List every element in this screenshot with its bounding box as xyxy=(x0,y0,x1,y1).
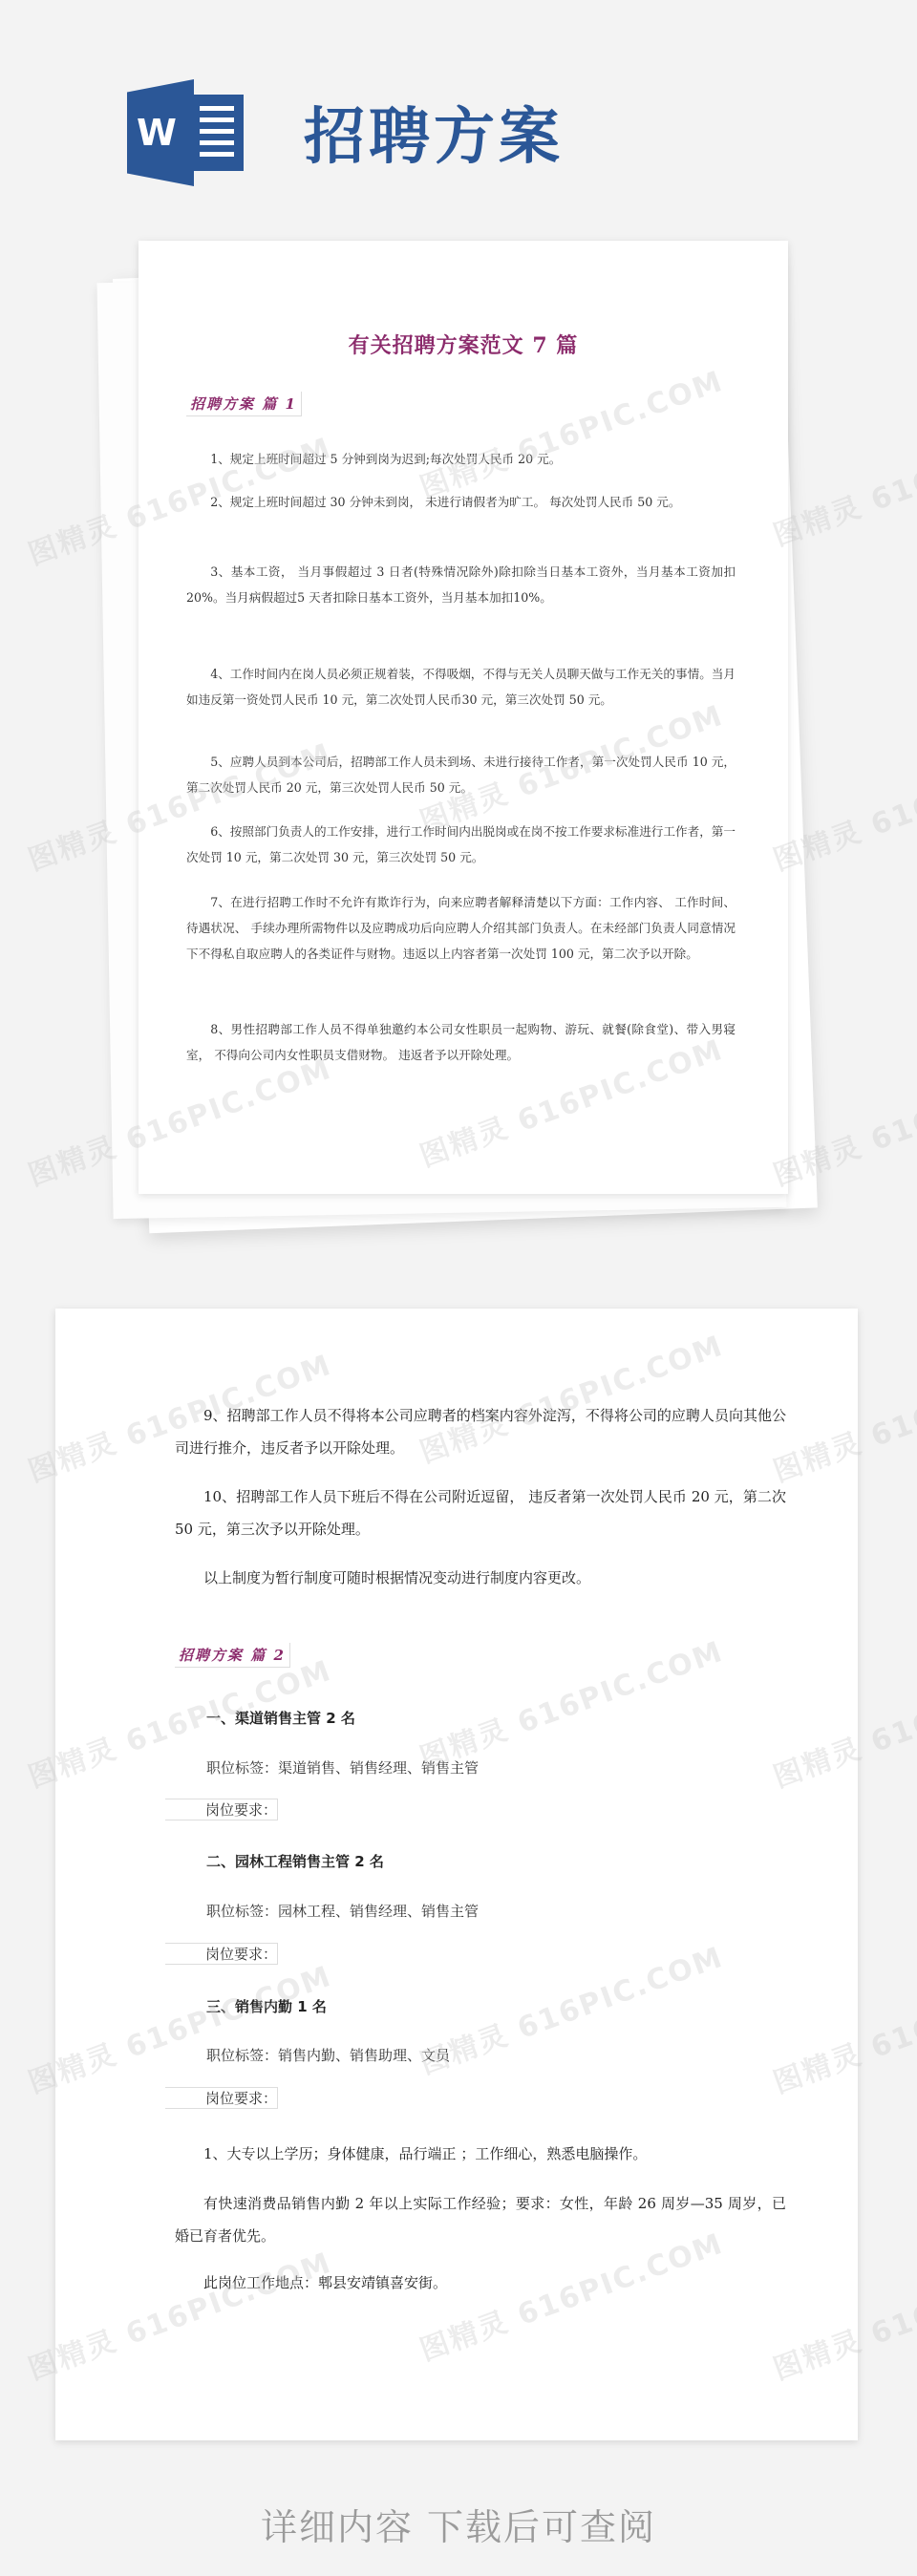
paragraph: 10、招聘部工作人员下班后不得在公司附近逗留， 违反者第一次处罚人民币 20 元… xyxy=(175,1480,786,1545)
paragraph: 3、基本工资， 当月事假超过 3 日者(特殊情况除外)除扣除当日基本工资外，当月… xyxy=(186,559,736,610)
header-banner: W 招聘方案 xyxy=(0,0,917,220)
job-tags: 职位标签：销售内勤、销售助理、文员 xyxy=(206,2045,450,2065)
document-page-1: 有关招聘方案范文 7 篇 招聘方案 篇 1 1、规定上班时间超过 5 分钟到岗为… xyxy=(139,241,788,1194)
document-title: 有关招聘方案范文 7 篇 xyxy=(139,330,788,359)
word-icon-sheet xyxy=(190,95,244,171)
requirement-item: 此岗位工作地点：郫县安靖镇喜安街。 xyxy=(175,2267,786,2299)
requirement-item: 1、大专以上学历；身体健康，品行端正 ；工作细心，熟悉电脑操作。 xyxy=(175,2138,786,2170)
job-tags: 职位标签：园林工程、销售经理、销售主管 xyxy=(206,1901,479,1921)
job-requirements-label: 岗位要求： xyxy=(165,2087,278,2109)
paragraph: 7、在进行招聘工作时不允许有欺诈行为，向来应聘者解释清楚以下方面：工作内容、 工… xyxy=(186,889,736,967)
paragraph: 以上制度为暂行制度可随时根据情况变动进行制度内容更改。 xyxy=(175,1562,786,1594)
download-notice: 详细内容 下载后可查阅 xyxy=(0,2498,917,2550)
section-heading-1: 招聘方案 篇 1 xyxy=(186,392,302,416)
job-tags: 职位标签：渠道销售、销售经理、销售主管 xyxy=(206,1757,479,1778)
paragraph: 8、男性招聘部工作人员不得单独邀约本公司女性职员一起购物、游玩、就餐(除食堂)、… xyxy=(186,1016,736,1068)
job-requirements-label: 岗位要求： xyxy=(165,1799,278,1820)
word-icon-cover: W xyxy=(127,79,194,186)
requirement-item: 有快速消费品销售内勤 2 年以上实际工作经验；要求：女性，年龄 26 周岁—35… xyxy=(175,2187,786,2252)
paragraph: 4、工作时间内在岗人员必须正规着装，不得吸烟，不得与无关人员聊天做与工作无关的事… xyxy=(186,661,736,713)
word-document-icon: W xyxy=(127,79,244,186)
document-page-2: 9、招聘部工作人员不得将本公司应聘者的档案内容外淀泻，不得将公司的应聘人员向其他… xyxy=(55,1309,858,2440)
job-title: 三、销售内勤 1 名 xyxy=(206,1996,327,2016)
job-title: 一、渠道销售主管 2 名 xyxy=(206,1708,355,1728)
paragraph: 5、应聘人员到本公司后，招聘部工作人员未到场、未进行接待工作者，第一次处罚人民币… xyxy=(186,749,736,800)
job-title: 二、园林工程销售主管 2 名 xyxy=(206,1851,384,1871)
word-icon-letter: W xyxy=(137,112,177,154)
header-title: 招聘方案 xyxy=(304,88,564,176)
paragraph: 6、按照部门负责人的工作安排，进行工作时间内出脱岗或在岗不按工作要求标准进行工作… xyxy=(186,819,736,870)
job-requirements-label: 岗位要求： xyxy=(165,1943,278,1965)
paragraph: 1、规定上班时间超过 5 分钟到岗为迟到;每次处罚人民币 20 元。 xyxy=(186,446,736,472)
paragraph: 2、规定上班时间超过 30 分钟未到岗， 未进行请假者为旷工。 每次处罚人民币 … xyxy=(186,489,736,515)
paragraph: 9、招聘部工作人员不得将本公司应聘者的档案内容外淀泻，不得将公司的应聘人员向其他… xyxy=(175,1399,786,1464)
section-heading-2: 招聘方案 篇 2 xyxy=(175,1643,290,1668)
